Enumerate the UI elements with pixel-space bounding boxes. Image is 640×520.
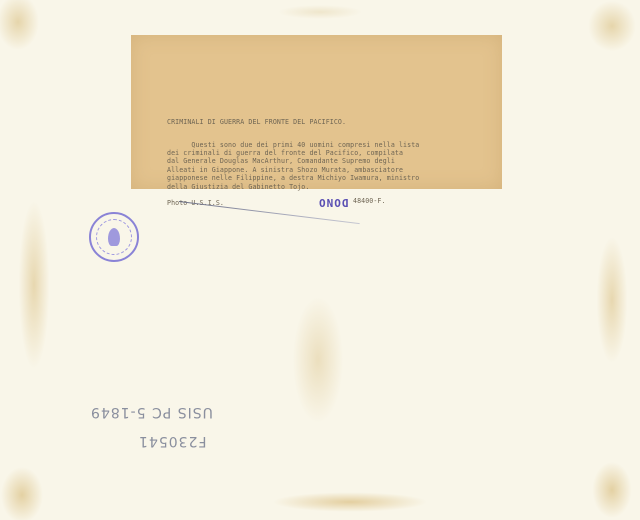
- institutional-seal-icon: [89, 212, 139, 262]
- caption-slip: CRIMINALI DI GUERRA DEL FRONTE DEL PACIF…: [131, 35, 502, 189]
- caption-reference-number: 48400-F.: [353, 197, 386, 205]
- caption-body: Questi sono due dei primi 40 uomini comp…: [167, 141, 419, 191]
- photo-verso: CRIMINALI DI GUERRA DEL FRONTE DEL PACIF…: [0, 0, 640, 520]
- seal-emblem-icon: [108, 228, 120, 246]
- caption-title: CRIMINALI DI GUERRA DEL FRONTE DEL PACIF…: [167, 118, 497, 126]
- handwritten-archive-code: USIS PC 5-1849: [90, 404, 213, 420]
- dono-stamp: DONO: [318, 196, 349, 209]
- handwritten-inventory-number: F230541: [138, 433, 207, 449]
